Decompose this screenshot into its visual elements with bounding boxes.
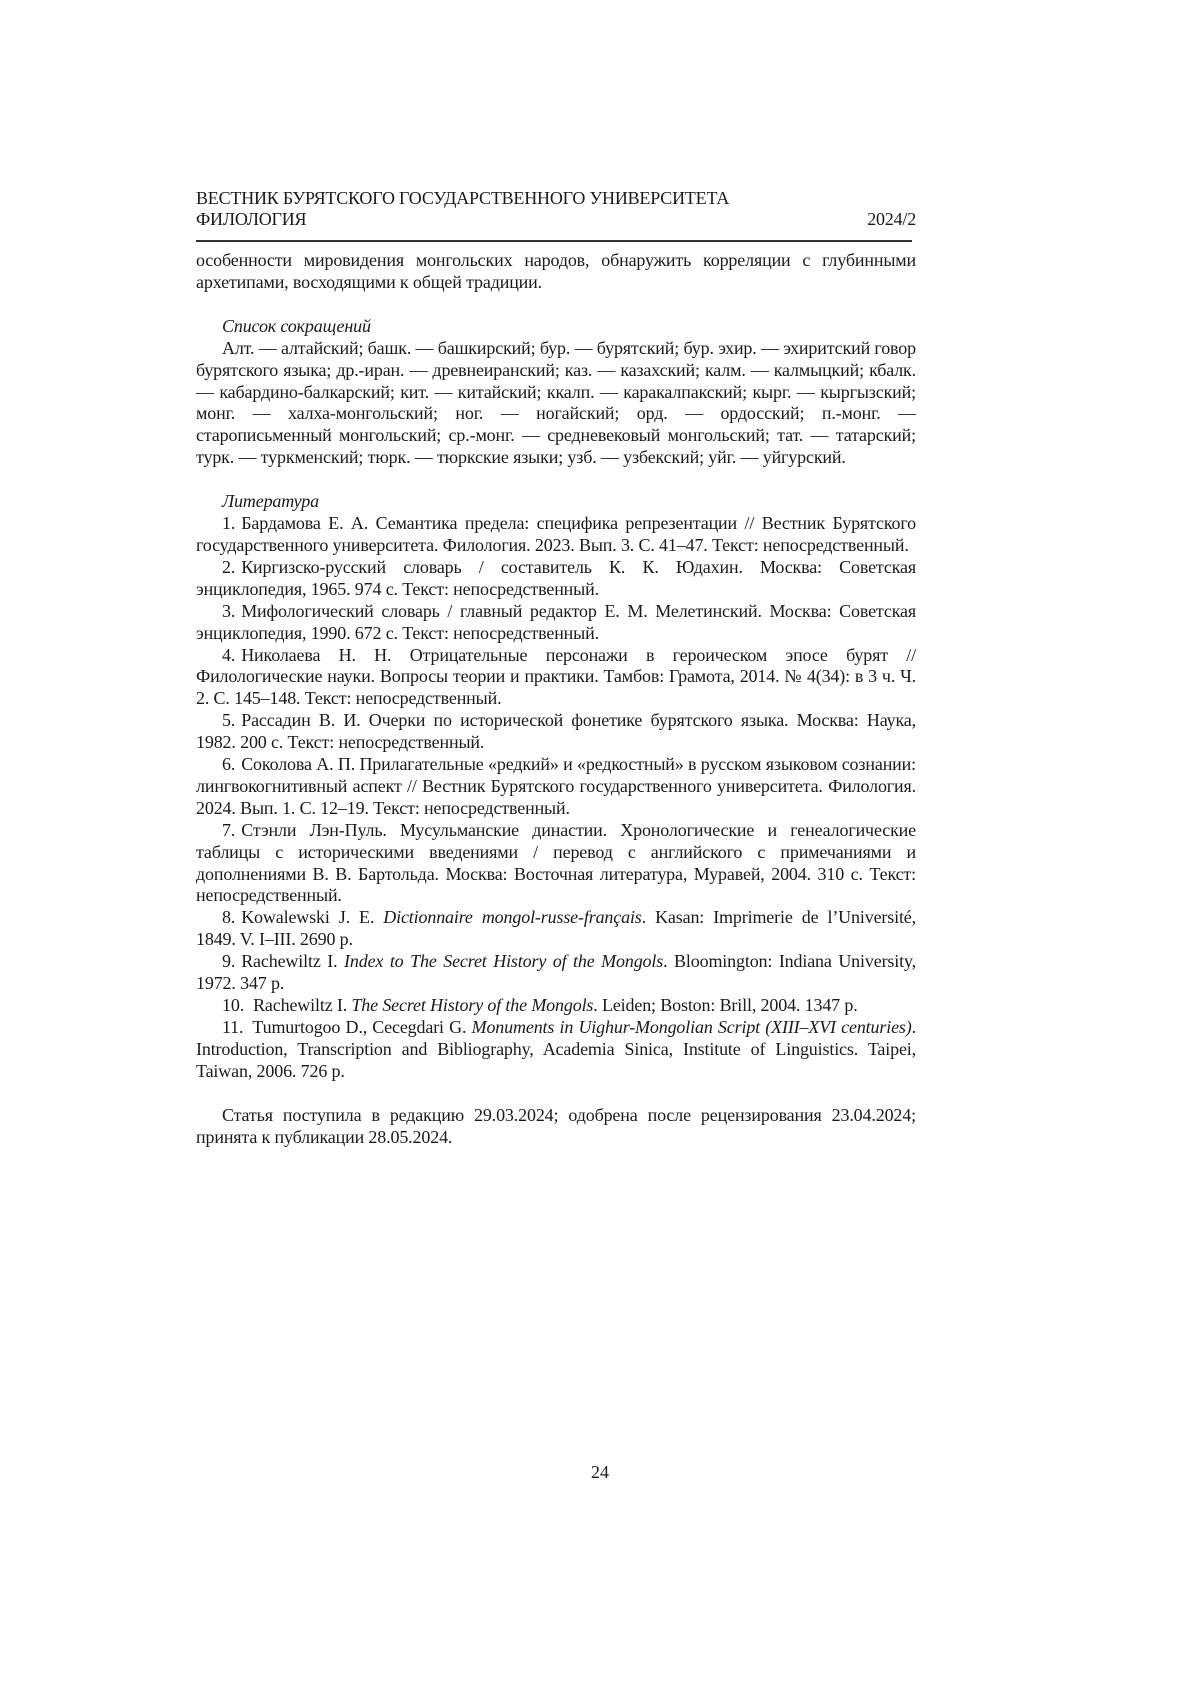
abbreviations-text: Алт. — алтайский; башк. — башкирский; бу… (196, 338, 916, 469)
reference-item: 8.Kowalewski J. E. Dictionnaire mongol-r… (196, 907, 916, 951)
reference-italic-title: Index to The Secret History of the Mongo… (344, 951, 663, 971)
article-body: особенности мировидения монгольских наро… (196, 250, 916, 1148)
received-note: Статья поступила в редакцию 29.03.2024; … (196, 1105, 916, 1149)
reference-text: Kowalewski J. E. (241, 907, 383, 927)
reference-text: Киргизско-русский словарь / составитель … (196, 557, 916, 599)
reference-item: 9.Rachewiltz I. Index to The Secret Hist… (196, 951, 916, 995)
issue-number: 2024/2 (867, 209, 916, 230)
reference-item: 2.Киргизско-русский словарь / составител… (196, 557, 916, 601)
reference-text-tail: . Leiden; Boston: Brill, 2004. 1347 p. (593, 995, 857, 1015)
reference-item: 6.Соколова А. П. Прилагательные «редкий»… (196, 754, 916, 820)
reference-text: Бардамова Е. А. Семантика предела: специ… (196, 513, 916, 555)
page-content: ВЕСТНИК БУРЯТСКОГО ГОСУДАРСТВЕННОГО УНИВ… (196, 188, 916, 1148)
reference-number: 1. (222, 513, 235, 535)
reference-list: 1.Бардамова Е. А. Семантика предела: спе… (196, 513, 916, 1083)
intro-paragraph: особенности мировидения монгольских наро… (196, 250, 916, 294)
reference-item: 4.Николаева Н. Н. Отрицательные персонаж… (196, 645, 916, 711)
reference-item: 7.Стэнли Лэн-Пуль. Мусульманские династи… (196, 820, 916, 908)
reference-text: Николаева Н. Н. Отрицательные персонажи … (196, 645, 916, 709)
journal-title: ВЕСТНИК БУРЯТСКОГО ГОСУДАРСТВЕННОГО УНИВ… (196, 188, 916, 209)
reference-item: 3.Мифологический словарь / главный редак… (196, 601, 916, 645)
reference-italic-title: Monuments in Uighur-Mongolian Script (XI… (472, 1017, 912, 1037)
reference-number: 2. (222, 557, 235, 579)
running-head: ВЕСТНИК БУРЯТСКОГО ГОСУДАРСТВЕННОГО УНИВ… (196, 188, 916, 230)
reference-number: 7. (222, 820, 235, 842)
reference-number: 9. (222, 951, 235, 973)
reference-text: Rachewiltz I. (241, 951, 344, 971)
reference-text: Мифологический словарь / главный редакто… (196, 601, 916, 643)
journal-section: ФИЛОЛОГИЯ (196, 209, 306, 230)
reference-text: Соколова А. П. Прилагательные «редкий» и… (196, 754, 916, 818)
references-title: Литература (196, 491, 916, 513)
page-number: 24 (0, 1462, 1200, 1483)
reference-italic-title: The Secret History of the Mongols (351, 995, 593, 1015)
reference-item: 5.Рассадин В. И. Очерки по исторической … (196, 710, 916, 754)
reference-number: 11. (222, 1017, 243, 1039)
reference-number: 6. (222, 754, 235, 776)
reference-item: 1.Бардамова Е. А. Семантика предела: спе… (196, 513, 916, 557)
reference-text: Rachewiltz I. (253, 995, 351, 1015)
reference-item: 11.Tumurtogoo D., Cecegdari G. Monuments… (196, 1017, 916, 1083)
reference-number: 8. (222, 907, 235, 929)
reference-number: 5. (222, 710, 235, 732)
reference-item: 10.Rachewiltz I. The Secret History of t… (196, 995, 916, 1017)
reference-italic-title: Dictionnaire mongol-russe-français (383, 907, 641, 927)
reference-text: Tumurtogoo D., Cecegdari G. (252, 1017, 471, 1037)
header-divider (196, 240, 912, 242)
reference-text: Стэнли Лэн-Пуль. Мусульманские династии.… (196, 820, 916, 906)
reference-text: Рассадин В. И. Очерки по исторической фо… (196, 710, 916, 752)
abbreviations-title: Список сокращений (196, 316, 916, 338)
reference-number: 10. (222, 995, 244, 1017)
reference-number: 3. (222, 601, 235, 623)
reference-number: 4. (222, 645, 235, 667)
